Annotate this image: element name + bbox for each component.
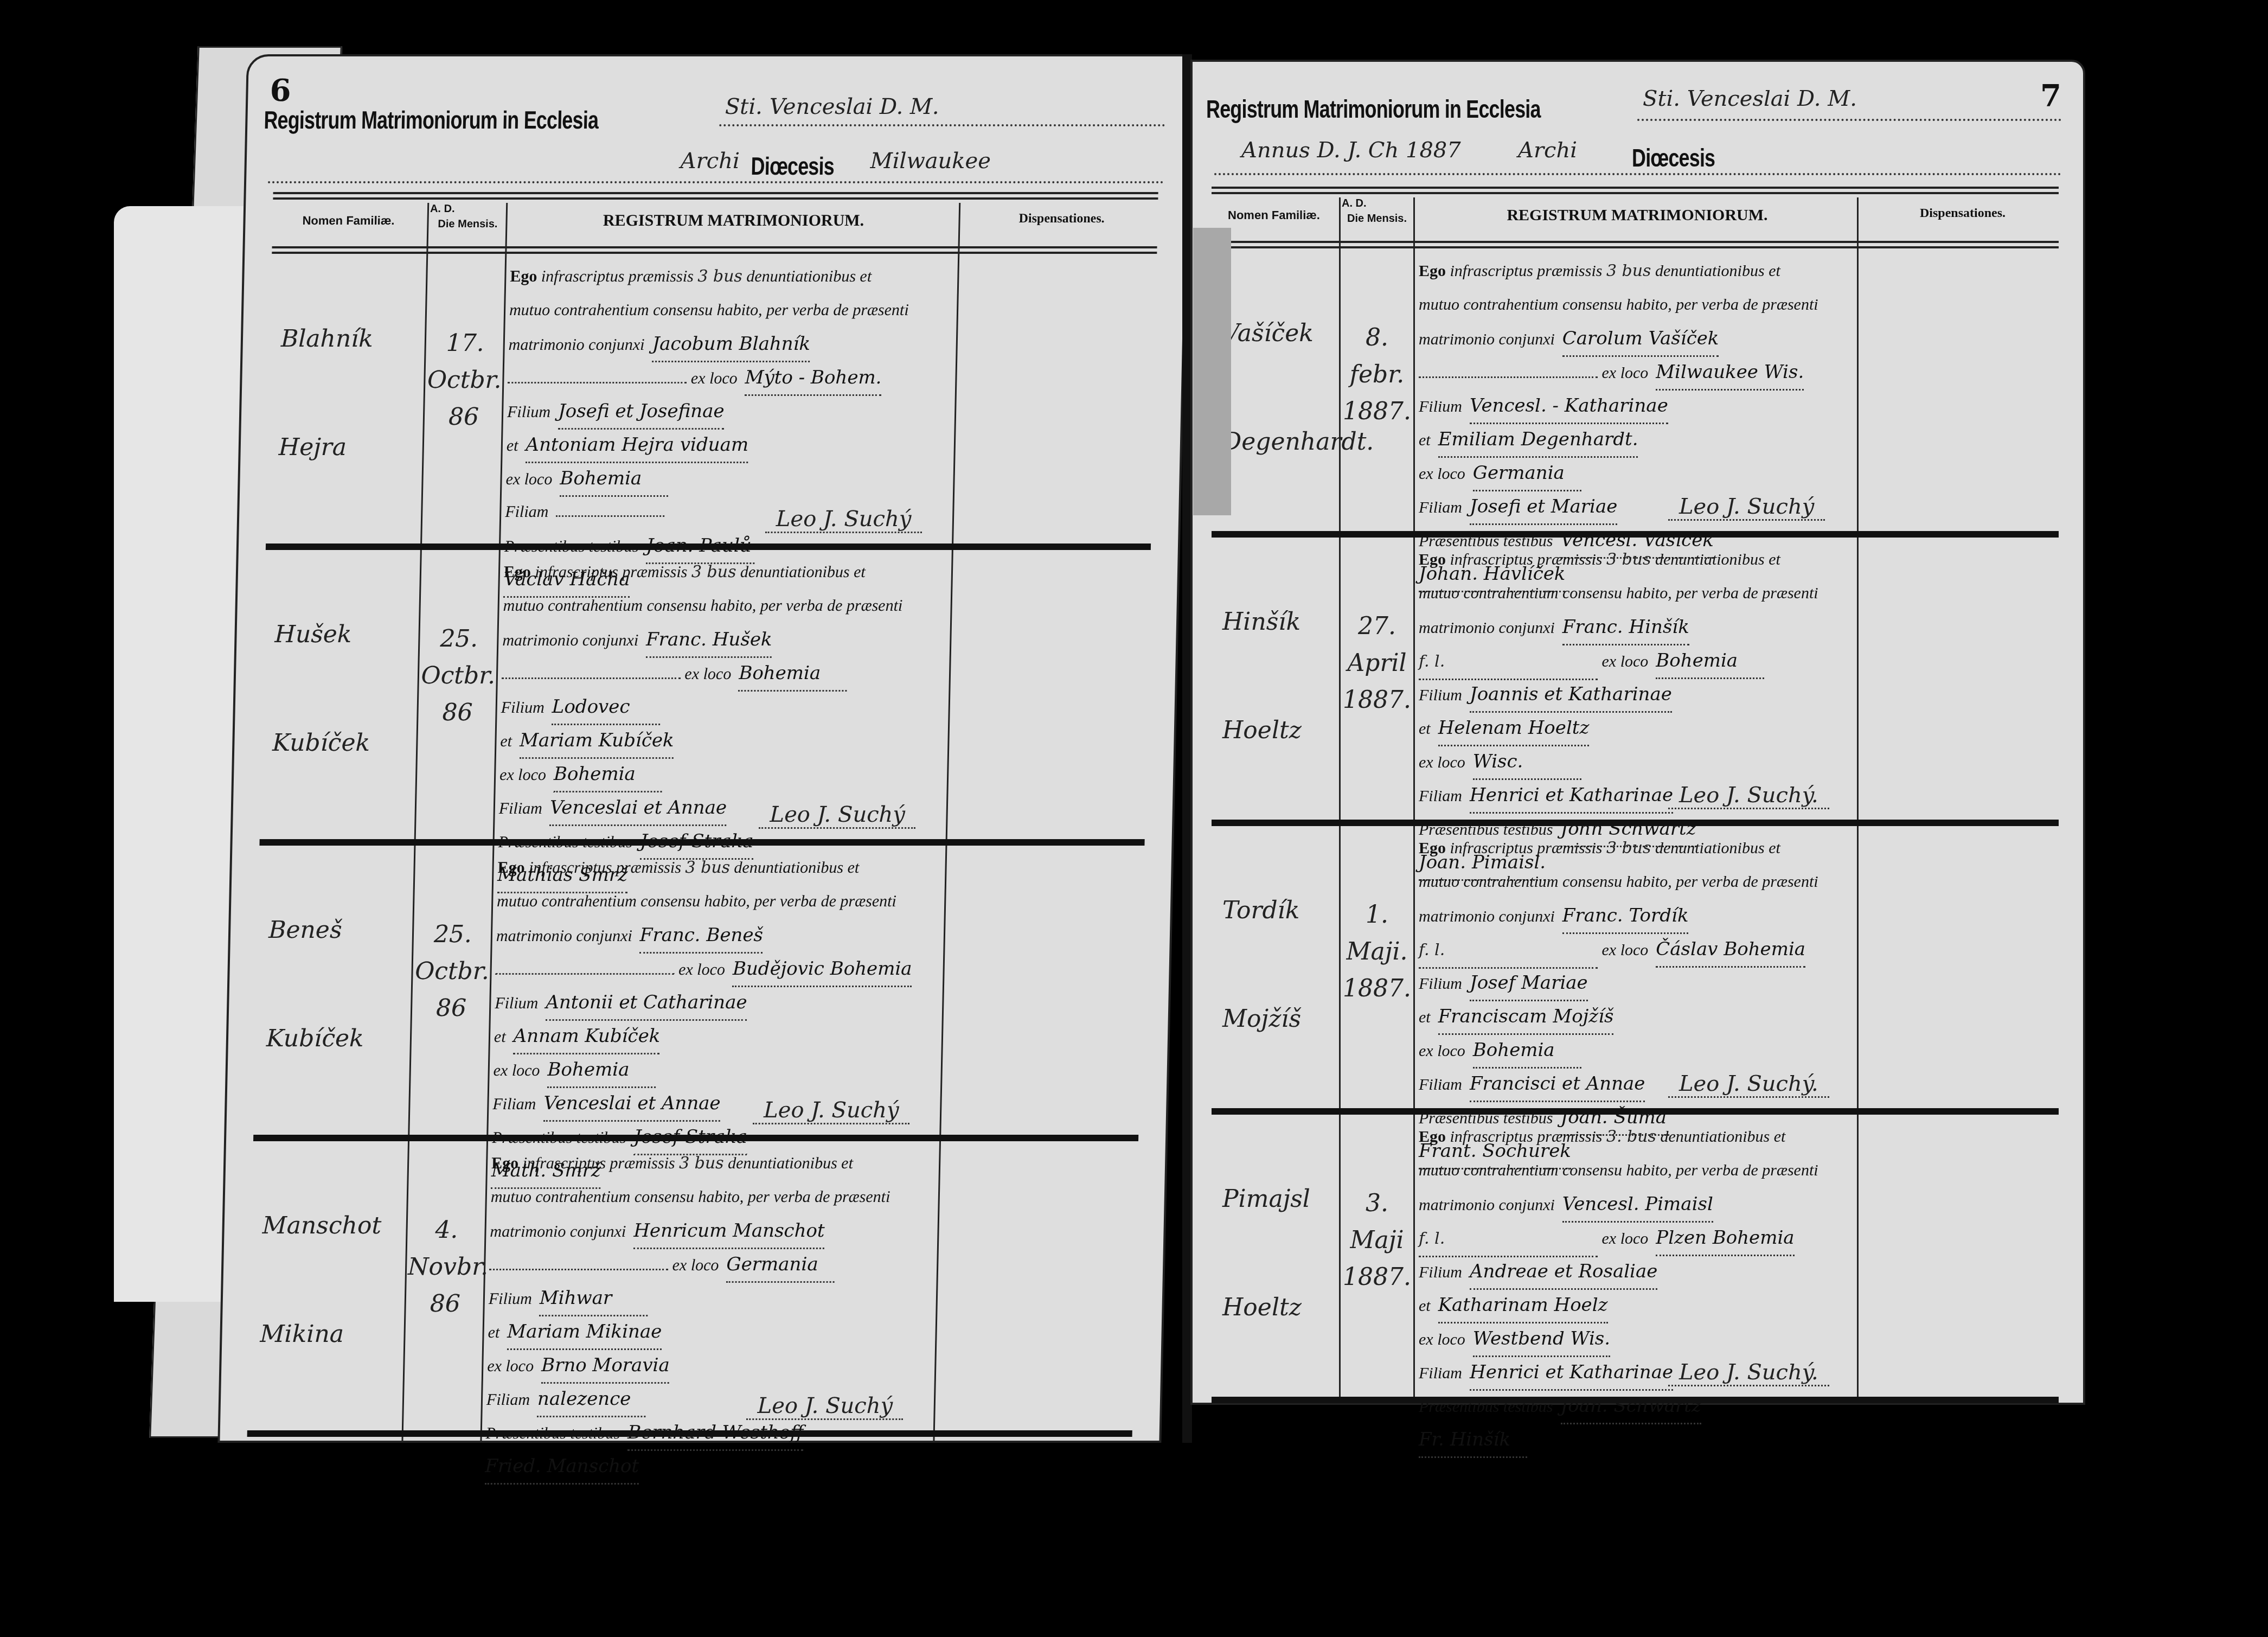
date-day: 3. [1342,1185,1412,1222]
form-label: infrascriptus præmissis [541,267,694,285]
witness-1: Joan. Schwartz [1561,1389,1701,1424]
bride-parents: Henrici et Katharinae [1470,1355,1673,1391]
form-label: Filium [501,699,544,717]
form-label: matrimonio conjunxi [1419,619,1555,637]
date-day: 8. [1342,319,1412,356]
diocese-prefix: Archi [1518,138,1577,163]
date-year: 86 [407,1286,483,1322]
date-month: febr. [1342,356,1412,393]
groom-parents: Andreae et Rosaliae [1470,1255,1657,1290]
bride-name: Helenam Hoeltz [1438,711,1590,746]
priest-signature: Leo J. Suchý. [1668,1360,1829,1386]
bride-name: Antoniam Hejra viduam [526,428,749,463]
form-label: denuntiationibus et [1655,839,1780,857]
groom-name: Franc. Tordík [1562,899,1689,934]
date-month: Novbr. [407,1249,484,1286]
groom-parents: Joannis et Katharinae [1470,677,1672,713]
groom-name: Franc. Hinšík [1562,610,1689,645]
diocese-prefix: Archi [680,149,740,174]
groom-surname: Blahník [280,325,373,353]
groom-name: Jacobum Blahník [652,327,811,362]
form-label: denuntiationibus et [1655,262,1780,280]
priest-signature: Leo J. Suchý [759,802,916,829]
bride-surname: Hoeltz [1222,1294,1302,1321]
form-label: Ego [1419,551,1446,568]
date-year: 1887. [1342,970,1412,1007]
groom-surname: Hušek [274,621,352,648]
form-label: mutuo contrahentium consensu habito, per… [1419,1161,1818,1179]
marriage-entry: Blahník Hejra 17. Octbr. 86 Ego infrascr… [266,254,1157,550]
entry-separator [1212,1397,2059,1403]
form-label: ex loco [1419,465,1465,483]
bride-surname: Degenhardt. [1222,428,1374,456]
form-label: Filium [1419,975,1462,993]
form-label: ex loco [684,665,731,683]
marriage-date: 4. Novbr. 86 [407,1212,485,1323]
groom-surname: Vašíček [1222,319,1314,347]
form-label: ex loco [1419,753,1465,771]
form-label: infrascriptus præmissis [1450,839,1603,857]
form-label: et [1419,431,1431,449]
groom-status [508,382,687,383]
page-number: 6 [270,73,291,108]
diocese-label: Diœcesis [1632,143,1715,172]
left-page: 6 Registrum Matrimoniorum in Ecclesia St… [217,54,1190,1443]
bride-name: Franciscam Mojžíš [1438,1000,1614,1035]
form-label: Filium [1419,398,1462,415]
form-label: et [507,437,518,455]
form-label: matrimonio conjunxi [1419,330,1555,348]
marriage-date: 27. April 1887. [1342,608,1412,719]
bride-origin: Westbend Wis. [1473,1322,1610,1357]
marriage-entry: Hinšík Hoeltz 27. April 1887. Ego infras… [1212,538,2059,826]
marriage-date: 3. Maji 1887. [1342,1185,1412,1296]
groom-parents: Lodovec [552,690,661,725]
diocese-label: Diœcesis [751,151,834,181]
form-label: matrimonio conjunxi [490,1223,626,1240]
year-line: Annus D. J. Ch 1887 [1241,138,1461,163]
header-rule-bottom [272,246,1157,254]
groom-origin: Mýto - Bohem. [745,361,882,396]
groom-status [1419,376,1598,378]
groom-origin: Bohemia [739,656,848,692]
form-label: infrascriptus præmissis [1450,1128,1603,1146]
form-label: Filium [1419,686,1462,704]
form-label: Filiam [505,503,549,521]
witness-2: Fried. Manschot [485,1449,639,1485]
marriage-entry: Beneš Kubíček 25. Octbr. 86 Ego infrascr… [253,846,1144,1141]
form-label: mutuo contrahentium consensu habito, per… [491,1188,890,1206]
entry-separator [247,1430,1132,1437]
bride-origin: Bohemia [560,462,669,497]
bride-origin: Brno Moravia [541,1348,670,1384]
form-label: ex loco [1419,1331,1465,1348]
form-label: infrascriptus præmissis [529,859,682,877]
page-number: 7 [2040,78,2061,114]
form-label: denuntiationibus et [740,563,866,581]
form-label: Filiam [1419,1364,1462,1382]
form-label: ex loco [505,470,552,488]
date-day: 27. [1342,608,1412,645]
gray-redaction-block [1193,228,1231,515]
date-year: 1887. [1342,682,1412,719]
form-label: ex loco [691,369,738,387]
form-label: et [500,732,512,750]
form-label: matrimonio conjunxi [496,927,633,945]
form-label: ex loco [1602,364,1649,382]
church-line [719,124,1165,126]
priest-signature: Leo J. Suchý [753,1098,910,1124]
form-label: Filium [489,1290,533,1308]
priest-signature: Leo J. Suchý [1668,494,1825,521]
bride-origin: Bohemia [1473,1033,1581,1069]
form-label: et [1419,720,1431,738]
col-dispensationes: Dispensationes. [1862,206,2063,221]
bride-origin: Bohemia [553,757,662,792]
priest-signature: Leo J. Suchý. [1668,783,1829,809]
bride-name: Mariam Kubíček [519,724,674,759]
bride-origin: Bohemia [547,1053,656,1088]
groom-surname: Hinšík [1222,608,1300,636]
groom-name: Franc. Beneš [639,918,764,954]
bride-surname: Hejra [278,433,347,461]
marriage-date: 8. febr. 1887. [1342,319,1412,431]
form-label: ex loco [1602,653,1649,670]
right-page: 7 Registrum Matrimoniorum in Ecclesia St… [1190,60,2085,1405]
groom-origin: Bohemia [1656,644,1764,679]
groom-status [502,677,681,679]
bride-parents: Venceslai et Annae [543,1086,721,1122]
entry-separator [1212,1108,2059,1115]
groom-surname: Pimajsl [1222,1185,1310,1213]
groom-name: Henricum Manschot [633,1214,825,1249]
register-table: Nomen Familiæ. A. D. Die Mensis. REGISTR… [247,192,1158,1441]
church-name: Sti. Venceslai D. M. [725,94,939,119]
col-registrum: REGISTRUM MATRIMONIORUM. [1418,206,1857,225]
date-month: Octbr. [426,362,503,399]
bride-surname: Mojžíš [1222,1005,1301,1033]
date-day: 4. [408,1212,485,1249]
bride-origin: Germania [1473,456,1581,491]
bride-surname: Hoeltz [1222,717,1302,744]
date-month: Octbr. [420,657,496,694]
bride-origin: Wisc. [1473,745,1581,780]
groom-parents: Josefi et Josefinae [558,394,725,430]
date-year: 1887. [1342,393,1412,430]
groom-status: f. l. [1419,645,1598,680]
date-day: 25. [421,621,497,657]
groom-status [489,1269,668,1270]
date-day: 17. [427,325,503,362]
groom-origin: Milwaukee Wis. [1656,355,1804,391]
groom-name: Carolum Vašíček [1562,322,1719,357]
groom-status: f. l. [1419,1222,1598,1257]
marriage-entry: Tordík Mojžíš 1. Maji. 1887. Ego infrasc… [1212,826,2059,1115]
groom-parents: Josef Mariae [1470,966,1588,1001]
form-label: ex loco [1602,1230,1649,1248]
bride-surname: Kubíček [272,729,370,757]
form-label: ex loco [487,1357,534,1375]
form-label: et [488,1323,499,1341]
form-label: Filiam [1419,1076,1462,1094]
form-label: ex loco [1602,941,1649,959]
groom-surname: Manschot [262,1212,381,1239]
date-year: 86 [419,694,496,731]
groom-name: Vencesl. Pimaisl [1562,1187,1713,1223]
col-die-mensis: Die Mensis. [432,218,503,231]
banns: 3 bus [679,1154,724,1173]
form-label: Ego [491,1154,519,1172]
date-year: 86 [413,990,489,1027]
form-label: matrimonio conjunxi [1419,1196,1555,1214]
marriage-date: 17. Octbr. 86 [425,325,503,436]
diocese-name: Milwaukee [870,149,991,174]
form-label: denuntiationibus et [728,1154,854,1172]
date-month: Maji [1342,1222,1412,1259]
bride-surname: Kubíček [266,1025,364,1052]
entry-separator [1212,531,2059,538]
bride-name: Annam Kubíček [513,1019,661,1054]
form-label: infrascriptus præmissis [1450,262,1603,280]
entry-text: Ego infrascriptus præmissis 3. bus denun… [1419,1120,1853,1456]
bride-parents: Venceslai et Annae [549,791,727,826]
bride-parents [556,515,664,517]
banns: 3. bus [1606,1127,1656,1146]
banns: 3 bus [697,267,742,286]
register-table: Nomen Familiæ. A. D. Die Mensis. REGISTR… [1212,187,2059,1403]
form-label: Ego [1419,839,1446,857]
form-label: et [1419,1008,1431,1026]
form-label: Ego [510,267,537,285]
form-label: Ego [504,563,531,581]
marriage-entry: Pimajsl Hoeltz 3. Maji 1887. Ego infrasc… [1212,1115,2059,1403]
form-label: denuntiationibus et [746,267,872,285]
bride-name: Katharinam Hoelz [1438,1288,1608,1323]
form-label: mutuo contrahentium consensu habito, per… [1419,584,1818,602]
marriage-entry: Manschot Mikina 4. Novbr. 86 Ego infrasc… [247,1141,1138,1437]
groom-name: Franc. Hušek [645,623,772,658]
church-line [1637,119,2061,121]
priest-signature: Leo J. Suchý [746,1393,904,1420]
form-label: Filium [1419,1263,1462,1281]
entry-separator [253,1135,1138,1141]
groom-origin: Budějovic Bohemia [732,952,912,987]
bride-parents: Josefi et Mariae [1470,490,1617,525]
groom-surname: Tordík [1222,897,1299,924]
form-label: infrascriptus præmissis [522,1154,675,1172]
date-day: 1. [1342,897,1412,933]
banns: 3 bus [1606,839,1651,858]
form-label: ex loco [672,1256,719,1274]
date-year: 1887. [1342,1259,1412,1296]
form-label: Filium [495,994,539,1012]
form-label: denuntiationibus et [734,859,860,877]
entry-separator [259,839,1144,846]
header-rule-top [273,192,1158,200]
bride-name: Mariam Mikinae [507,1315,662,1350]
witness-2: Fr. Hinšík [1419,1423,1527,1458]
date-month: April [1342,645,1412,682]
col-nomen-familiae: Nomen Familiæ. [1212,208,1336,222]
col-dispensationes: Dispensationes. [961,212,1162,226]
marriage-date: 25. Octbr. 86 [413,916,491,1027]
col-ad: A. D. [1342,197,1407,210]
form-label: et [1419,1297,1431,1315]
marriage-date: 1. Maji. 1887. [1342,897,1412,1008]
form-label: matrimonio conjunxi [502,631,639,649]
banns: 3 bus [691,562,736,581]
groom-origin: Čáslav Bohemia [1656,932,1805,968]
form-label: Filiam [1419,787,1462,805]
bride-surname: Mikina [260,1320,344,1348]
form-label: et [494,1028,506,1046]
bride-name: Emiliam Degenhardt. [1438,423,1638,458]
marriage-entry: Vašíček Degenhardt. 8. febr. 1887. Ego i… [1212,249,2059,538]
form-label: infrascriptus præmissis [1450,551,1603,568]
form-label: denuntiationibus et [1655,551,1780,568]
form-label: matrimonio conjunxi [1419,907,1555,925]
bride-parents: nalezence [537,1382,646,1417]
col-ad: A. D. [430,203,501,215]
form-label: Filiam [1419,498,1462,516]
form-label: matrimonio conjunxi [508,336,645,354]
form-label: mutuo contrahentium consensu habito, per… [497,892,896,910]
form-label: mutuo contrahentium consensu habito, per… [509,301,909,319]
col-die-mensis: Die Mensis. [1342,213,1412,225]
form-label: Filium [507,403,551,421]
date-month: Octbr. [414,953,490,990]
form-label: Filiam [492,1095,536,1113]
entry-separator [1212,820,2059,826]
register-title: Registrum Matrimoniorum in Ecclesia [1206,94,1541,124]
form-label: mutuo contrahentium consensu habito, per… [1419,873,1818,891]
banns: 3 bus [1606,550,1651,569]
header-rule-top [1212,187,2059,194]
form-label: Ego [1419,262,1446,280]
groom-origin: Plzen Bohemia [1656,1221,1794,1256]
groom-surname: Beneš [268,916,342,944]
marriage-date: 25. Octbr. 86 [419,621,497,732]
date-year: 86 [425,399,502,436]
groom-parents: Antonii et Catharinae [546,986,748,1021]
marriage-entry: Hušek Kubíček 25. Octbr. 86 Ego infrascr… [259,550,1150,846]
diocese-line [268,181,1164,183]
groom-status: f. l. [1419,933,1598,969]
form-label: denuntiationibus et [1661,1128,1786,1146]
register-title: Registrum Matrimoniorum in Ecclesia [264,105,599,135]
form-label: ex loco [499,766,546,784]
groom-parents: Mihwar [539,1281,648,1316]
form-label: infrascriptus præmissis [535,563,688,581]
form-label: Ego [497,859,525,877]
priest-signature: Leo J. Suchý [765,507,922,533]
form-label: ex loco [493,1062,540,1079]
priest-signature: Leo J. Suchý. [1668,1071,1829,1098]
groom-origin: Germania [726,1248,835,1283]
bride-parents: Francisci et Annae [1470,1067,1645,1102]
church-name: Sti. Venceslai D. M. [1643,86,1857,111]
form-label: ex loco [678,961,725,979]
bride-parents: Henrici et Katharinae [1470,778,1673,814]
col-registrum: REGISTRUM MATRIMONIORUM. [511,212,956,230]
banns: 3 bus [1606,261,1651,280]
col-nomen-familiae: Nomen Familiæ. [272,214,425,228]
banns: 3 bus [685,858,730,877]
form-label: ex loco [1419,1042,1465,1060]
entry-separator [266,543,1151,550]
form-label: mutuo contrahentium consensu habito, per… [503,597,902,615]
diocese-line [1214,173,2061,175]
form-label: mutuo contrahentium consensu habito, per… [1419,296,1818,314]
form-label: Filiam [486,1391,530,1409]
form-label: Ego [1419,1128,1446,1146]
date-day: 25. [414,916,491,953]
groom-status [495,973,674,975]
form-label: Filiam [499,800,543,817]
groom-parents: Vencesl. - Katharinae [1470,389,1668,424]
date-month: Maji. [1342,933,1412,970]
